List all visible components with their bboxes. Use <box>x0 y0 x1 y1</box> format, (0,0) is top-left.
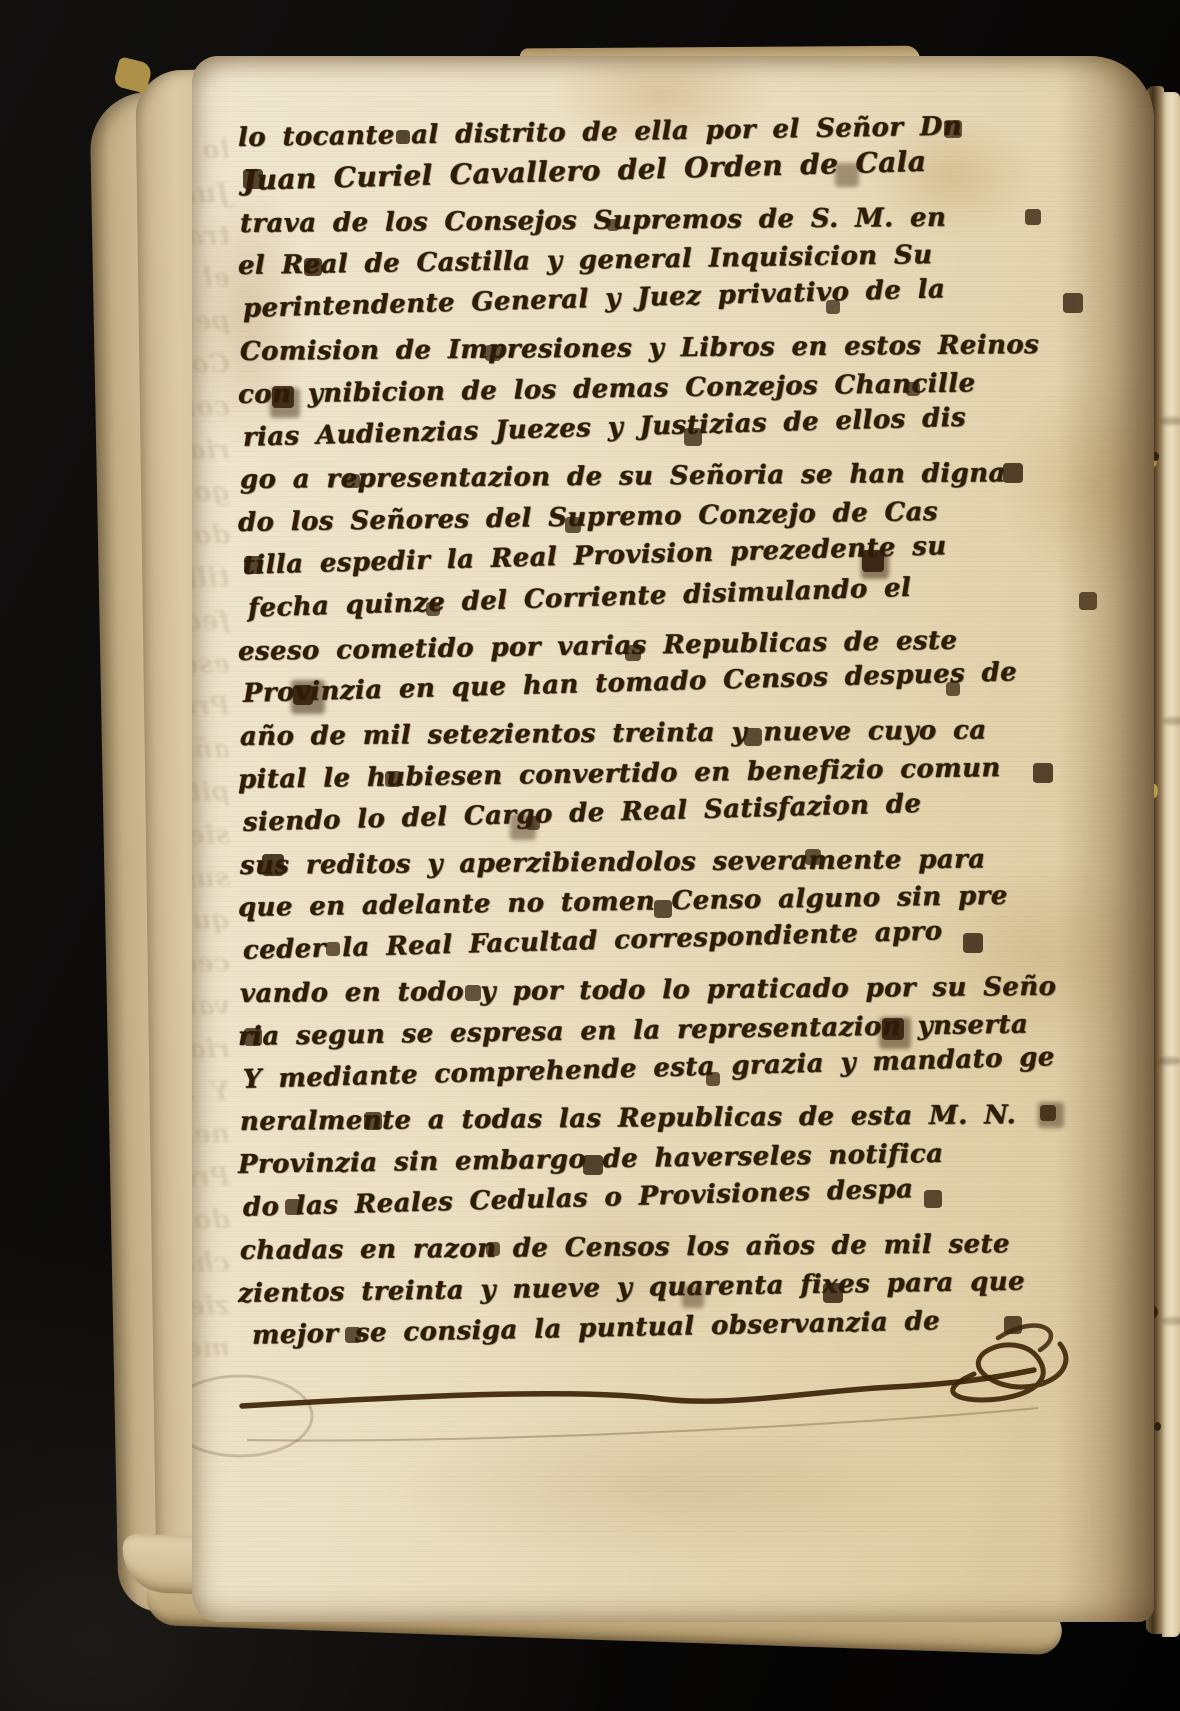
manuscript-photo: lo tocante al distrito de ella por el Se… <box>0 0 1180 1711</box>
facing-page-edge <box>1162 92 1180 1637</box>
gutter-shadow <box>1058 56 1154 1622</box>
facing-page-ink-marks <box>1163 300 1179 302</box>
wormhole <box>1154 1422 1161 1431</box>
manuscript-page: lo tocante al distrito de ella por el Se… <box>192 56 1154 1622</box>
ink-rule <box>242 1370 1034 1406</box>
flourish-rule <box>192 56 1154 1622</box>
corner-fragment <box>113 56 153 93</box>
pencil-line <box>247 1408 1038 1440</box>
pencil-oval <box>192 1376 312 1456</box>
